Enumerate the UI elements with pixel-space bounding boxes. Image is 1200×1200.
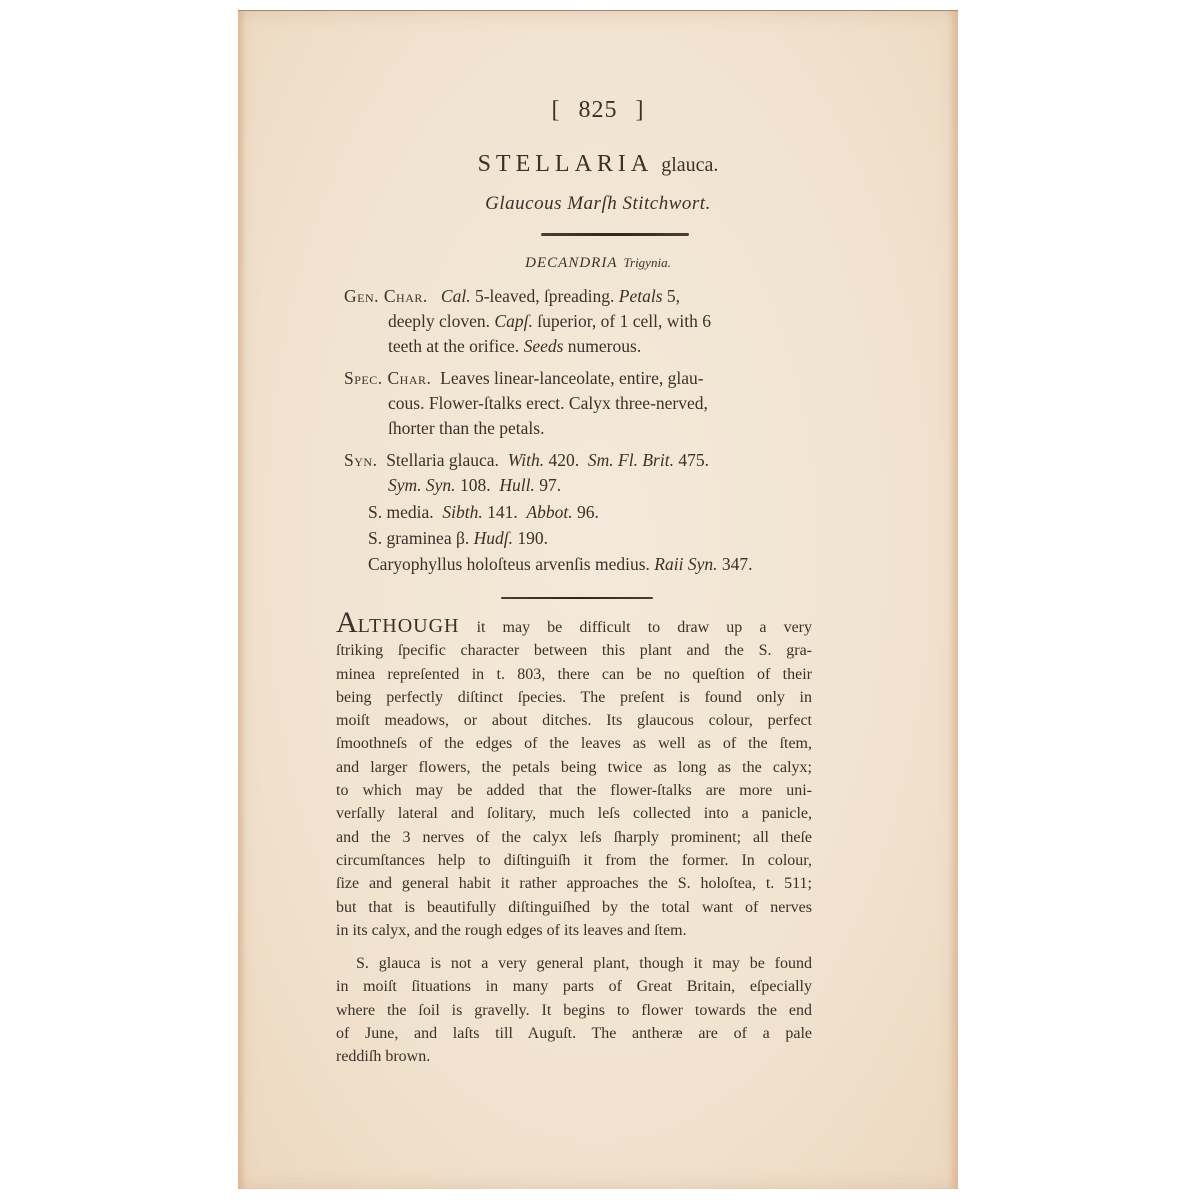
term: Capſ. xyxy=(494,311,532,331)
text: deeply cloven. xyxy=(388,311,494,331)
gen-char-line-3: teeth at the orifice. Seeds numerous. xyxy=(388,335,641,358)
desc-line: of June, and laſts till Auguſt. The anth… xyxy=(336,1022,812,1045)
ref-page: 475. xyxy=(674,450,709,470)
text: Leaves linear-lanceolate, entire, glau- xyxy=(440,368,703,388)
order-name: Trigynia. xyxy=(624,255,671,270)
ref-author: Hull. xyxy=(499,475,535,495)
desc-line: verſally lateral and ſolitary, much leſs… xyxy=(336,802,812,825)
book-page: [825] STELLARIAglauca. Glaucous Marſh St… xyxy=(238,10,958,1189)
drop-cap: A xyxy=(336,606,358,639)
ref-author: With. xyxy=(508,450,544,470)
desc-line: to which may be added that the flower-ſt… xyxy=(336,779,812,802)
bracket-open: [ xyxy=(552,97,561,123)
desc-line: in its calyx, and the rough edges of its… xyxy=(336,919,812,942)
text: ſuperior, of 1 cell, with 6 xyxy=(533,311,711,331)
spec-char-line-3: ſhorter than the petals. xyxy=(388,417,544,440)
gen-char-label: Gen. Char. xyxy=(344,286,428,306)
syn-line-4: S. graminea β. Hudſ. 190. xyxy=(368,527,548,550)
ref-author: Raii Syn. xyxy=(654,554,717,574)
syn-name: Stellaria glauca. xyxy=(386,450,499,470)
text: numerous. xyxy=(563,336,641,356)
ref-author: Sym. Syn. xyxy=(388,475,456,495)
syn-line-5: Caryophyllus holoſteus arvenſis medius. … xyxy=(368,553,752,576)
syn-name: S. media. xyxy=(368,502,434,522)
common-name: Glaucous Marſh Stitchwort. xyxy=(238,193,958,215)
ref-page: 347. xyxy=(717,554,752,574)
spec-char-line-2: cous. Flower-ſtalks erect. Calyx three-n… xyxy=(388,392,708,415)
term: Seeds xyxy=(524,336,564,356)
bracket-close: ] xyxy=(636,97,645,123)
section-divider xyxy=(501,597,653,599)
desc-line: circumſtances help to diſtinguiſh it fro… xyxy=(336,849,812,872)
term: Cal. xyxy=(441,286,471,306)
ref-author: Abbot. xyxy=(526,502,572,522)
ref-page: 96. xyxy=(573,502,599,522)
syn-name: Caryophyllus holoſteus arvenſis medius. xyxy=(368,554,650,574)
desc-line: moiſt meadows, or about ditches. Its gla… xyxy=(336,709,812,732)
term: Petals xyxy=(619,286,663,306)
description-paragraph-2: S. glauca is not a very general plant, t… xyxy=(336,952,812,1068)
desc-line: ſmoothneſs of the edges of the leaves as… xyxy=(336,732,812,755)
desc-line: minea repreſented in t. 803, there can b… xyxy=(336,663,812,686)
desc-line: reddiſh brown. xyxy=(336,1045,812,1068)
ref-author: Sm. Fl. Brit. xyxy=(588,450,674,470)
text: 5, xyxy=(663,286,681,306)
desc-line: where the ſoil is gravelly. It begins to… xyxy=(336,999,812,1022)
syn-name: S. graminea β. xyxy=(368,528,469,548)
spec-char-label: Spec. Char. xyxy=(344,368,431,388)
desc-line: and the 3 nerves of the calyx leſs ſharp… xyxy=(336,826,812,849)
description-paragraph-1: ALTHOUGH it may be difficult to draw up … xyxy=(336,615,812,942)
page-edge-right xyxy=(948,11,958,1189)
ref-author: Sibth. xyxy=(442,502,482,522)
desc-line: in moiſt ſituations in many parts of Gre… xyxy=(336,975,812,998)
genus-name: STELLARIA xyxy=(478,151,654,177)
syn-label: Syn. xyxy=(344,450,377,470)
species-name: glauca. xyxy=(661,154,718,176)
desc-line: ALTHOUGH it may be difficult to draw up … xyxy=(336,615,812,639)
desc-line: but that is beautifully diſtinguiſhed by… xyxy=(336,896,812,919)
syn-line-3: S. media. Sibth. 141. Abbot. 96. xyxy=(368,501,599,524)
desc-line: being perfectly diſtinct ſpecies. The pr… xyxy=(336,686,812,709)
ref-page: 190. xyxy=(513,528,548,548)
syn-line-2: Sym. Syn. 108. Hull. 97. xyxy=(388,474,561,497)
ref-page: 141. xyxy=(483,502,518,522)
text: 5-leaved, ſpreading. xyxy=(471,286,619,306)
page-edge-left xyxy=(238,11,246,1189)
desc-line: and larger flowers, the petals being twi… xyxy=(336,756,812,779)
gen-char-line-1: Gen. Char. Cal. 5-leaved, ſpreading. Pet… xyxy=(344,285,680,308)
page-number-value: 825 xyxy=(579,97,618,123)
desc-line: S. glauca is not a very general plant, t… xyxy=(336,952,812,975)
syn-line-1: Syn. Stellaria glauca. With. 420. Sm. Fl… xyxy=(344,449,709,472)
text: teeth at the orifice. xyxy=(388,336,524,356)
ref-page: 97. xyxy=(535,475,561,495)
text: it may be difficult to draw up a very xyxy=(460,619,813,636)
class-name: DECANDRIA xyxy=(525,255,617,271)
page-title: STELLARIAglauca. xyxy=(238,151,958,178)
page-number: [825] xyxy=(238,97,958,124)
desc-line: ſtriking ſpecific character between this… xyxy=(336,639,812,662)
title-divider xyxy=(541,233,689,236)
ref-page: 420. xyxy=(544,450,579,470)
caps-word: LTHOUGH xyxy=(358,615,460,637)
spec-char-line-1: Spec. Char. Leaves linear-lanceolate, en… xyxy=(344,367,704,390)
desc-line: ſize and general habit it rather approac… xyxy=(336,872,812,895)
ref-page: 108. xyxy=(456,475,491,495)
ref-author: Hudſ. xyxy=(474,528,513,548)
gen-char-line-2: deeply cloven. Capſ. ſuperior, of 1 cell… xyxy=(388,310,711,333)
classification: DECANDRIATrigynia. xyxy=(238,255,958,272)
